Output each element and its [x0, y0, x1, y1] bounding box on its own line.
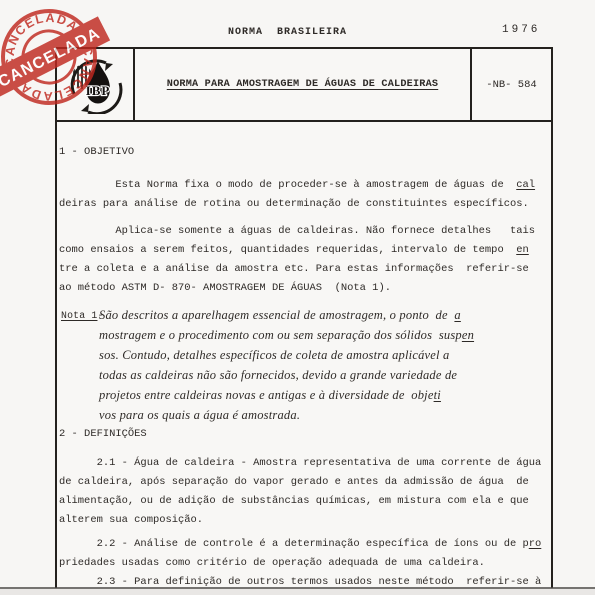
text-line: São descritos a aparelhagem essencial de…: [99, 305, 549, 325]
ibp-logo-letters: IBP: [86, 83, 111, 98]
text-line: vos para os quais a água é amostrada.: [99, 405, 549, 425]
section-1-heading: 1 - OBJETIVO: [59, 146, 549, 159]
content-area: 1 - OBJETIVO Esta Norma fixa o modo de p…: [57, 122, 551, 586]
document-kind-label: NORMA BRASILEIRA: [228, 27, 347, 38]
paragraph-2-3: 2.3 - Para definição de outros termos us…: [59, 573, 549, 586]
text-line: priedades usadas como critério de operaç…: [59, 554, 549, 573]
text-line: todas as caldeiras não são fornecidos, d…: [99, 365, 549, 385]
text-line: projetos entre caldeiras novas e antigas…: [99, 385, 549, 405]
text-line: deiras para análise de rotina ou determi…: [59, 195, 549, 214]
text-line: Aplica-se somente a águas de caldeiras. …: [59, 222, 549, 241]
paragraph-2-1: 2.1 - Água de caldeira - Amostra represe…: [59, 454, 549, 530]
text-line: mostragem e o procedimento com ou sem se…: [99, 325, 549, 345]
paragraph-1-1: Esta Norma fixa o modo de proceder-se à …: [59, 176, 549, 214]
text-line: 2.2 - Análise de controle é a determinaç…: [59, 535, 549, 554]
note-1: Nota 1-São descritos a aparelhagem essen…: [59, 305, 549, 425]
text-line: 2.1 - Água de caldeira - Amostra represe…: [59, 454, 549, 473]
text-line: tre a coleta e a análise da amostra etc.…: [59, 260, 549, 279]
note-label: Nota 1-: [61, 306, 104, 326]
document-header-row: IBP NORMA PARA AMOSTRAGEM DE ÁGUAS DE CA…: [57, 49, 551, 122]
doc-number: -NB- 584: [486, 79, 536, 91]
number-cell: -NB- 584: [470, 49, 551, 120]
paragraph-1-2: Aplica-se somente a águas de caldeiras. …: [59, 222, 549, 298]
document-frame: IBP NORMA PARA AMOSTRAGEM DE ÁGUAS DE CA…: [55, 47, 553, 588]
text-line: 2.3 - Para definição de outros termos us…: [59, 573, 549, 586]
text-line: como ensaios a serem feitos, quantidades…: [59, 241, 549, 260]
section-2-heading: 2 - DEFINIÇÕES: [59, 428, 549, 441]
text-line: sos. Contudo, detalhes específicos de co…: [99, 345, 549, 365]
paragraph-2-2: 2.2 - Análise de controle é a determinaç…: [59, 535, 549, 573]
scanned-document-page: CANCELADA CANCELADA CANCELADA NORMA BRAS…: [0, 0, 595, 595]
logo-cell: IBP: [57, 49, 135, 120]
text-line: ao método ASTM D- 870- AMOSTRAGEM DE ÁGU…: [59, 279, 549, 298]
text-line: alimentação, ou de adição de substâncias…: [59, 492, 549, 511]
text-line: de caldeira, após separação do vapor ger…: [59, 473, 549, 492]
ibp-logo-icon: IBP: [65, 56, 125, 114]
title-cell: NORMA PARA AMOSTRAGEM DE ÁGUAS DE CALDEI…: [135, 49, 470, 120]
doc-title: NORMA PARA AMOSTRAGEM DE ÁGUAS DE CALDEI…: [167, 79, 438, 90]
text-line: alterem sua composição.: [59, 511, 549, 530]
scan-bottom-margin: [0, 589, 595, 595]
year-label: 1976: [502, 24, 540, 36]
text-line: Esta Norma fixa o modo de proceder-se à …: [59, 176, 549, 195]
